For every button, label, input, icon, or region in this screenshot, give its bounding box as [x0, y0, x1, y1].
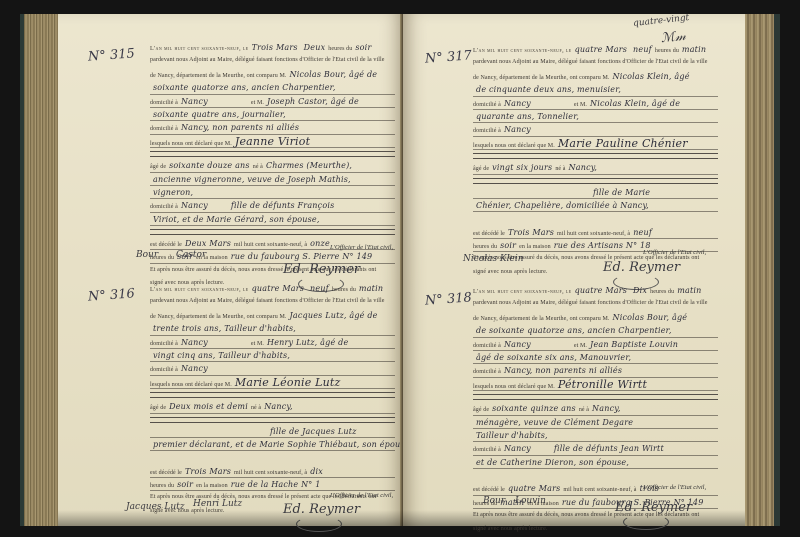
entry-315: N° 315 L'an mil huit cent soixante-neuf,… — [58, 14, 403, 264]
officer-label: L'Officier de l'Etat civil, — [330, 492, 393, 499]
declarant-1: Nicolas Bour, âgé de — [290, 70, 378, 79]
signature: Henri Lutz — [193, 499, 242, 509]
deceased-name: Marie Pauline Chénier — [558, 137, 688, 150]
entry-number: N° 315 — [88, 46, 136, 64]
act-date: Trois Mars — [252, 43, 298, 52]
officer-label: L'Officier de l'Etat civil, — [643, 484, 706, 491]
divider — [150, 417, 395, 423]
death-date: Deux Mars — [185, 239, 231, 248]
entry-body: L'an mil huit cent soixante-neuf, lequat… — [473, 43, 718, 279]
divider — [150, 392, 395, 398]
deceased-name: Marie Léonie Lutz — [235, 376, 341, 389]
page-bottom-shadow — [58, 510, 745, 526]
death-place: rue du faubourg S. Pierre N° 149 — [231, 252, 373, 261]
entry-number: N° 316 — [88, 286, 136, 304]
entry-body: L'an mil huit cent soixante-neuf, lequat… — [473, 284, 718, 536]
signature: Bour — [136, 250, 158, 260]
declarant-2: Joseph Castor, âgé de — [267, 97, 359, 106]
deceased-name: Jeanne Viriot — [235, 135, 310, 148]
officer-signature: Ed. Reymer — [603, 260, 680, 275]
left-page: N° 315 L'an mil huit cent soixante-neuf,… — [58, 14, 403, 526]
entry-body: L'an mil huit cent soixante-neuf, lequat… — [150, 282, 395, 518]
entry-number: N° 317 — [425, 48, 473, 66]
divider — [473, 394, 718, 400]
open-register-book: N° 315 L'an mil huit cent soixante-neuf,… — [0, 0, 800, 537]
entry-317: N° 317 L'an mil huit cent soixante-neuf,… — [403, 14, 745, 264]
divider — [150, 151, 395, 157]
signature: Louvin — [515, 496, 546, 506]
signature: Castor — [176, 250, 206, 260]
signature: Nicolas Klein — [463, 254, 524, 264]
entry-316: N° 316 L'an mil huit cent soixante-neuf,… — [58, 284, 403, 524]
left-page-edges — [20, 14, 60, 526]
divider — [473, 153, 718, 159]
signature: Bour — [483, 496, 505, 506]
officer-signature: Ed. Reymer — [283, 262, 360, 277]
right-page: quatre-vingt ℳ𝓂 N° 317 L'an mil huit cen… — [403, 14, 745, 526]
divider — [150, 229, 395, 235]
deceased-name: Pétronille Wirtt — [558, 378, 647, 391]
divider — [473, 178, 718, 184]
right-page-edges — [744, 14, 780, 526]
officer-label: L'Officier de l'Etat civil, — [330, 244, 393, 251]
officer-label: L'Officier de l'Etat civil, — [643, 249, 706, 256]
entry-number: N° 318 — [425, 290, 473, 308]
entry-318: N° 318 L'an mil huit cent soixante-neuf,… — [403, 286, 745, 526]
